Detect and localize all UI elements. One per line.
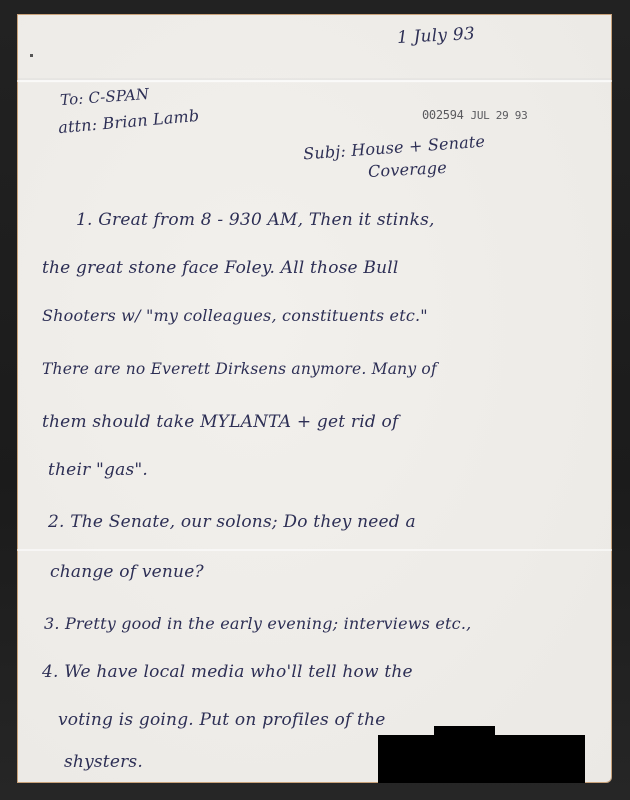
paper-speck [30, 54, 33, 57]
body-line: 3. Pretty good in the early evening; int… [44, 614, 471, 633]
redaction-block [378, 735, 585, 783]
stamp-date: JUL 29 93 [471, 109, 528, 122]
letter-date: 1 July 93 [397, 24, 476, 48]
body-line: 2. The Senate, our solons; Do they need … [48, 512, 416, 532]
receipt-stamp: 002594 JUL 29 93 [422, 108, 527, 122]
body-line: their "gas". [48, 460, 148, 480]
body-line: There are no Everett Dirksens anymore. M… [42, 360, 437, 378]
fold-crease [17, 80, 612, 82]
body-line: them should take MYLANTA + get rid of [42, 412, 398, 432]
body-line: 1. Great from 8 - 930 AM, Then it stinks… [76, 210, 435, 230]
stamp-number: 002594 [422, 108, 464, 122]
body-line: Shooters w/ "my colleagues, constituents… [42, 306, 428, 325]
body-line: voting is going. Put on profiles of the [58, 710, 385, 730]
body-line: change of venue? [50, 562, 204, 582]
body-line: the great stone face Foley. All those Bu… [42, 258, 399, 278]
body-line: 4. We have local media who'll tell how t… [42, 662, 413, 682]
fold-crease [17, 549, 612, 551]
body-line: shysters. [64, 752, 143, 772]
